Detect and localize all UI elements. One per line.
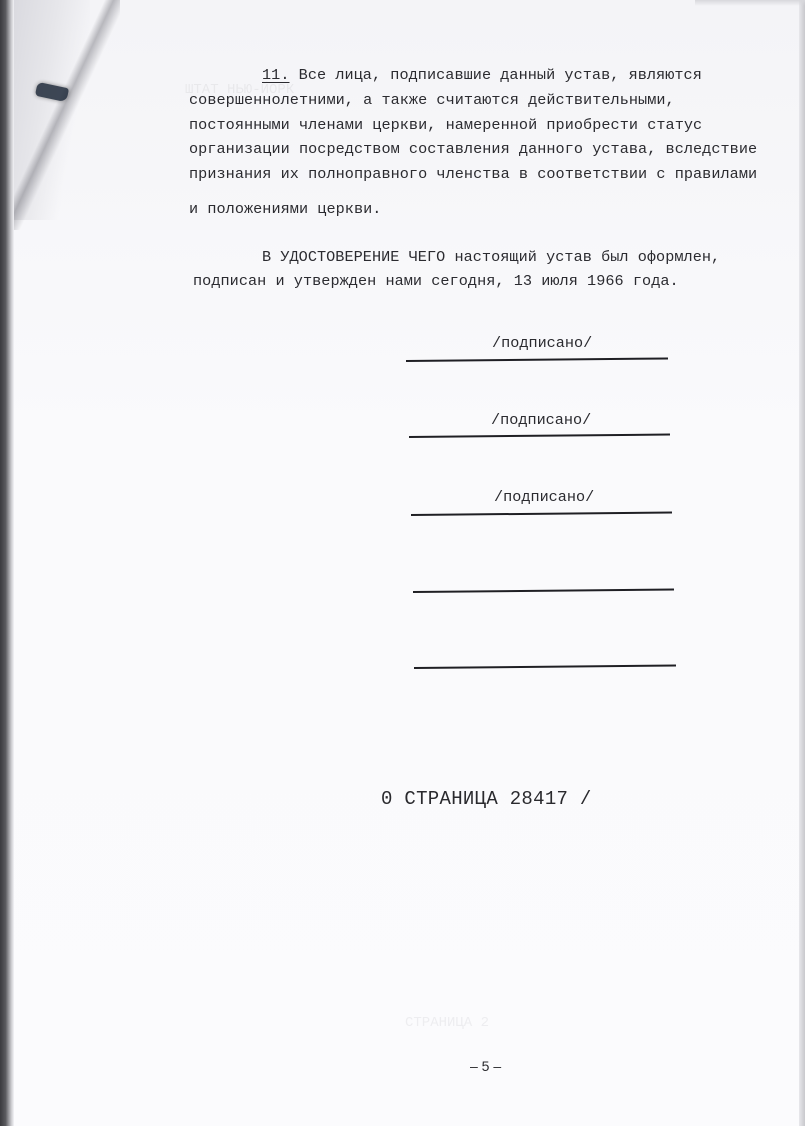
page-crease bbox=[0, 0, 120, 230]
signature-label-1: /подписано/ bbox=[492, 334, 592, 352]
clause-line-3: постоянными членами церкви, намеренной п… bbox=[189, 116, 702, 134]
attestation-line-1: В УДОСТОВЕРЕНИЕ ЧЕГО настоящий устав был… bbox=[262, 248, 720, 266]
signature-label-3: /подписано/ bbox=[494, 488, 594, 506]
bleed-through-text: СТРАНИЦА 2 bbox=[405, 1015, 489, 1031]
clause-line-1: 11. Все лица, подписавшие данный устав, … bbox=[262, 66, 702, 84]
signature-label-2: /подписано/ bbox=[491, 411, 591, 429]
signature-line-1 bbox=[406, 357, 668, 362]
scan-left-edge bbox=[0, 0, 14, 1126]
clause-number: 11. bbox=[262, 66, 290, 84]
signature-line-4 bbox=[413, 588, 674, 593]
page-number: – 5 – bbox=[470, 1058, 501, 1074]
signature-line-5 bbox=[414, 664, 676, 669]
clause-line-4: организации посредством составления данн… bbox=[189, 140, 757, 158]
document-page: ШТАТ НЬЮ-ЙОРК СТРАНИЦА 2 11. Все лица, п… bbox=[0, 0, 805, 1126]
scan-right-edge bbox=[799, 0, 805, 1126]
clause-line-5: признания их полноправного членства в со… bbox=[189, 165, 757, 183]
clause-text: Все лица, подписавшие данный устав, явля… bbox=[290, 66, 702, 84]
clause-line-2: совершеннолетними, а также считаются дей… bbox=[189, 91, 675, 109]
scan-top-edge bbox=[695, 0, 805, 6]
signature-line-2 bbox=[409, 433, 670, 438]
page-stamp: 0 СТРАНИЦА 28417 / bbox=[381, 788, 592, 810]
signature-line-3 bbox=[411, 511, 672, 516]
attestation-line-2: подписан и утвержден нами сегодня, 13 ию… bbox=[193, 272, 679, 290]
clause-line-6: и положениями церкви. bbox=[189, 200, 381, 218]
